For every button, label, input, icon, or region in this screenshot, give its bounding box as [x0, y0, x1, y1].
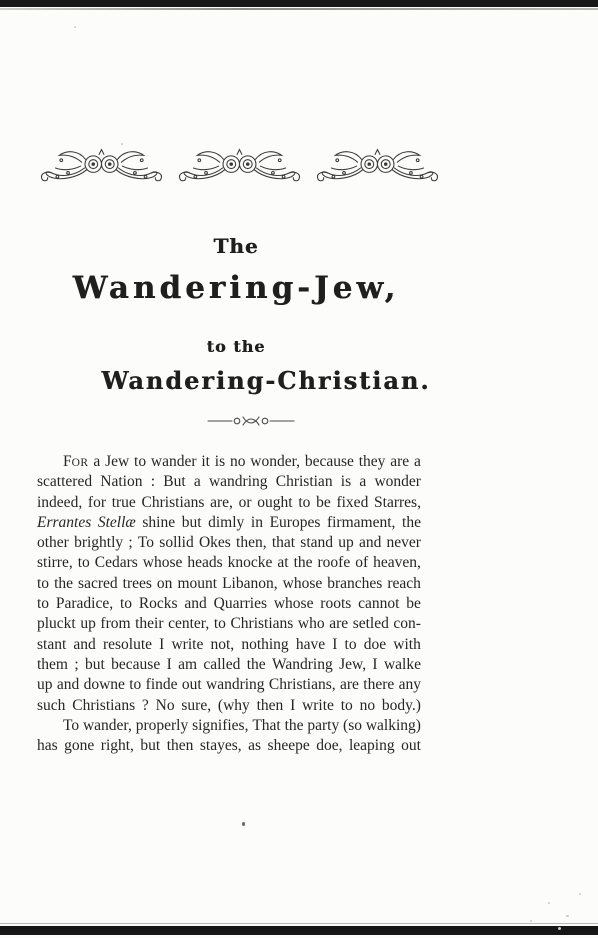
word: to [214, 614, 226, 634]
paragraph-1: For aJewtowanderitisnowonder,becausethey… [37, 452, 421, 716]
word: are [390, 452, 409, 472]
body-text: For aJewtowanderitisnowonder,becausethey… [37, 452, 421, 756]
word: or [239, 493, 252, 513]
word: because [305, 452, 354, 472]
word: a [194, 472, 201, 492]
scan-edge-top [0, 0, 598, 7]
word: leaping [349, 736, 395, 756]
word: be [316, 493, 331, 513]
word: Rocks [139, 594, 178, 614]
word: I [332, 635, 337, 655]
word: sure, [181, 696, 211, 716]
word: stand [300, 533, 333, 553]
paragraph-initial: F [63, 453, 72, 470]
word: (so [343, 716, 362, 736]
word: I [372, 655, 377, 675]
word: ; [128, 533, 132, 553]
word: To [138, 533, 154, 553]
word: Jew [105, 452, 129, 472]
word: who [298, 614, 325, 634]
body-line: hasgoneright,butthenstayes,assheepedoe,l… [37, 736, 421, 756]
word: right, [101, 736, 134, 756]
word: that [272, 533, 295, 553]
word: Cedars [95, 553, 138, 573]
word: To [63, 716, 79, 736]
title-main: Wandering-Jew, [36, 270, 436, 306]
word: Christians [72, 696, 135, 716]
word: out [401, 736, 421, 756]
body-line: scatteredNation:ButawandringChristianisa… [37, 472, 421, 492]
body-line: stantandresoluteIwritenot,nothinghaveIto… [37, 635, 421, 655]
word: Jew, [339, 655, 366, 675]
word: is [341, 472, 351, 492]
word: has [37, 736, 58, 756]
word: setled [353, 614, 389, 634]
small-caps: or [72, 457, 89, 469]
word: brightly [74, 533, 123, 553]
word: (why [218, 696, 250, 716]
scan-edge-bottom-shadow [0, 923, 598, 924]
word: fixed [336, 493, 368, 513]
body-line: Towander,properlysignifies,Thattheparty(… [37, 716, 421, 736]
word: walking) [366, 716, 421, 736]
headpiece-ornament-row [38, 146, 440, 190]
word: Libanon, [222, 574, 278, 594]
word: Errantes [37, 513, 91, 533]
word: but [85, 655, 105, 675]
word: the [294, 553, 313, 573]
word: then [167, 736, 194, 756]
word: to [129, 675, 141, 695]
word: I [290, 696, 295, 716]
scan-noise [558, 927, 561, 930]
title-to-the: to the [36, 337, 436, 356]
word: whose [274, 594, 314, 614]
body-line: upanddownetofindeoutwandringChristians,a… [37, 675, 421, 695]
word: Quarries [214, 594, 267, 614]
word: their [135, 614, 163, 634]
word: firmament, [327, 513, 395, 533]
body-line: suchChristians?Nosure,(whythenIwritetono… [37, 696, 421, 716]
word: stayes, [200, 736, 242, 756]
word: center, [168, 614, 209, 634]
word: Nation [100, 472, 142, 492]
word: to [298, 493, 310, 513]
word: Christians [230, 614, 293, 634]
body-line: For aJewtowanderitisnowonder,becausethey… [37, 452, 421, 472]
word: roofe [318, 553, 351, 573]
word: no [230, 452, 246, 472]
word: with [393, 635, 421, 655]
word: party [307, 716, 339, 736]
word: at [277, 553, 288, 573]
word: because [111, 655, 160, 675]
word: up [338, 533, 354, 553]
word: a [414, 452, 421, 472]
floral-ornament-icon [38, 146, 164, 190]
word: write [302, 696, 334, 716]
scan-noise [242, 822, 245, 826]
word: write [171, 635, 203, 655]
word: doe [364, 635, 386, 655]
word: on [157, 574, 173, 594]
scan-noise [579, 893, 581, 895]
word: are [329, 614, 348, 634]
word: No [156, 696, 175, 716]
word: to [134, 452, 146, 472]
floral-ornament-icon [176, 146, 302, 190]
word: is [215, 452, 225, 472]
word: stirre, [37, 553, 73, 573]
word: That [252, 716, 280, 736]
word: dimly [208, 513, 244, 533]
word: no [360, 696, 376, 716]
word: are [340, 675, 359, 695]
word: scattered [37, 472, 92, 492]
word: shine [142, 513, 175, 533]
word: doe, [316, 736, 342, 756]
scan-noise [566, 915, 569, 917]
word: to [120, 594, 132, 614]
scan-noise [548, 902, 550, 904]
word: am [178, 655, 197, 675]
word: : [151, 472, 155, 492]
body-line: otherbrightly;TosollidOkesthen,thatstand… [37, 533, 421, 553]
word: whose [143, 553, 183, 573]
word: nothing [241, 635, 288, 655]
word: the [247, 655, 266, 675]
word: mount [177, 574, 217, 594]
word: finde [146, 675, 178, 695]
word: ought [257, 493, 292, 513]
word: it [201, 452, 210, 472]
body-line: ErrantesStellæ shinebutdimlyinEuropesfir… [37, 513, 421, 533]
word: any [399, 675, 421, 695]
word: other [37, 533, 69, 553]
word: have [296, 635, 325, 655]
word: Starres, [374, 493, 421, 513]
word: body.) [382, 696, 421, 716]
word: Christian [276, 472, 333, 492]
word: Paradice, [56, 594, 113, 614]
word: but [140, 736, 160, 756]
word: up [37, 675, 53, 695]
body-line: tothesacredtreesonmountLibanon,whosebran… [37, 574, 421, 594]
title-the: The [36, 234, 436, 258]
word: pluckt [37, 614, 76, 634]
floral-ornament-icon [314, 146, 440, 190]
word: Europes [270, 513, 321, 533]
body-line: them;butbecauseIamcalledtheWandringJew,I… [37, 655, 421, 675]
word: the [54, 574, 73, 594]
word: of [355, 553, 368, 573]
word: then [257, 696, 284, 716]
body-line: stirre,toCedarswhoseheadsknockeattheroof… [37, 553, 421, 573]
word: Okes [199, 533, 231, 553]
word: Wandring [272, 655, 333, 675]
word: to [37, 594, 49, 614]
word: up [80, 614, 96, 634]
word: I [167, 655, 172, 675]
word: the [402, 513, 421, 533]
word: and [73, 635, 95, 655]
word: be [406, 594, 421, 614]
word: not, [210, 635, 234, 655]
section-divider [207, 414, 295, 428]
word: knocke [228, 553, 273, 573]
scan-noise [530, 920, 532, 922]
word: and [359, 533, 381, 553]
word: I [159, 635, 164, 655]
word: and [184, 594, 206, 614]
page-background: The Wandering-Jew, to the Wandering-Chri… [0, 0, 598, 938]
word: to [341, 696, 353, 716]
word: a [93, 452, 100, 472]
word: resolute [103, 635, 152, 655]
word: stant [37, 635, 66, 655]
word: reach [387, 574, 421, 594]
body-line: plucktupfromtheircenter,toChristianswhoa… [37, 614, 421, 634]
word: gone [64, 736, 94, 756]
word: to [78, 553, 90, 573]
word: to [37, 574, 49, 594]
word: there [363, 675, 394, 695]
word: never [387, 533, 421, 553]
word: signifies, [192, 716, 248, 736]
word: sacred [78, 574, 118, 594]
word: Christians, [269, 675, 336, 695]
word: heaven, [373, 553, 421, 573]
scan-edge-bottom [0, 926, 598, 935]
word: from [100, 614, 130, 634]
word: Stellæ [98, 513, 136, 533]
word: for [88, 493, 106, 513]
word: heads [187, 553, 222, 573]
word: Christians [142, 493, 205, 513]
word: trees [123, 574, 152, 594]
word: are, [210, 493, 233, 513]
word: wandring [206, 675, 265, 695]
word: the [285, 716, 304, 736]
word: in [251, 513, 263, 533]
word: such [37, 696, 65, 716]
word: properly [136, 716, 189, 736]
word: wandring [209, 472, 268, 492]
word: wander, [83, 716, 132, 736]
word: but [182, 513, 202, 533]
book-page-scan: { "titles": { "the": "The", "main": "Wan… [0, 0, 598, 938]
scan-noise [74, 26, 76, 28]
word: they [359, 452, 386, 472]
word: sheepe [268, 736, 310, 756]
word: branches [327, 574, 382, 594]
word: walke [384, 655, 421, 675]
word: then, [236, 533, 267, 553]
opening-word: For [63, 452, 89, 473]
body-line: indeed,fortrueChristiansare,oroughttobef… [37, 493, 421, 513]
word: and [57, 675, 79, 695]
word: wander [151, 452, 197, 472]
word: indeed, [37, 493, 82, 513]
scan-noise [121, 143, 123, 145]
word: ; [74, 655, 78, 675]
word: out [182, 675, 202, 695]
word: downe [84, 675, 125, 695]
word: roots [320, 594, 351, 614]
word: called [203, 655, 240, 675]
paragraph-2: Towander,properlysignifies,Thattheparty(… [37, 716, 421, 757]
word: ? [142, 696, 149, 716]
word: them [37, 655, 68, 675]
word: whose [283, 574, 323, 594]
word: a [359, 472, 366, 492]
word: But [163, 472, 185, 492]
word: true [112, 493, 136, 513]
word: to [345, 635, 357, 655]
word: wonder, [250, 452, 300, 472]
scan-edge-top-shadow [0, 8, 598, 10]
word: as [248, 736, 261, 756]
word: wonder [374, 472, 421, 492]
body-line: toParadice,toRocksandQuarrieswhoserootsc… [37, 594, 421, 614]
knot-divider-icon [207, 414, 295, 428]
title-sub: Wandering-Christian. [66, 366, 466, 395]
word: sollid [159, 533, 193, 553]
word: cannot [358, 594, 399, 614]
word: con- [393, 614, 421, 634]
